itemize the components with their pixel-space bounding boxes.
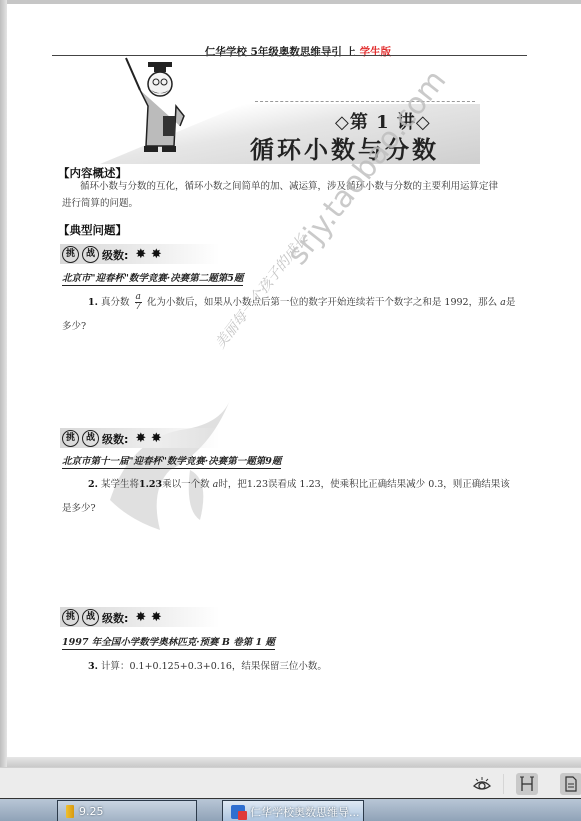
math-expression: 0.1+0.125+0.3+0.16 <box>129 661 231 672</box>
problem-source-3: 1997 年全国小学数学奥林匹克·预赛 B 卷第 1 题 <box>62 634 275 650</box>
problem-2-line1: 2. 某学生将1.23乘以一个数 a时，把1.23误看成 1.23，使乘积比正确… <box>88 474 510 496</box>
level-label: 级数: <box>102 431 128 447</box>
difficulty-level-1: 挑 战 级数: ✸ ✸ <box>62 246 162 263</box>
problem-number: 1. <box>88 297 98 308</box>
star-icon: ✸ ✸ <box>135 610 161 625</box>
problem-source-1: 北京市"迎春杯"数学竞赛·决赛第二题第5题 <box>62 270 243 286</box>
number-1-23: 1.23 <box>139 479 162 490</box>
challenge-badge-icon: 挑 <box>62 430 79 447</box>
challenge-badge-icon: 挑 <box>62 609 79 626</box>
banner-dashed-line <box>255 101 475 102</box>
problem-3-line1: 3. 计算：0.1+0.125+0.3+0.16，结果保留三位小数。 <box>88 656 327 678</box>
single-page-icon[interactable] <box>560 773 581 795</box>
challenge-badge-icon: 挑 <box>62 246 79 263</box>
header-edition: 学生版 <box>360 46 392 58</box>
challenge-badge-icon: 战 <box>82 246 99 263</box>
problem-number: 2. <box>88 479 98 490</box>
level-label: 级数: <box>102 247 128 263</box>
pdf-reader-icon <box>231 805 245 819</box>
document-viewer: 仁华学校 5年级奥数思维导引 上 学生版 ◇第 1 讲◇ 循环小数与分数 【内容… <box>0 0 581 767</box>
taskbar-item-label: 仁华学校奥数思维导... <box>250 804 360 820</box>
problem-text: 乘以一个数 <box>162 479 210 490</box>
difficulty-level-2: 挑 战 级数: ✸ ✸ <box>62 430 162 447</box>
fit-width-icon[interactable] <box>516 773 538 795</box>
number-1-23-repeating: 1.23 <box>247 479 268 490</box>
teacher-illustration <box>118 56 198 166</box>
problem-text: 是 <box>506 297 516 308</box>
problem-text: 时，把 <box>218 479 247 490</box>
difficulty-level-3: 挑 战 级数: ✸ ✸ <box>62 609 162 626</box>
overview-text-line2: 进行简算的问题。 <box>62 195 138 213</box>
problem-text: ，结果保留三位小数。 <box>232 661 327 672</box>
star-icon: ✸ ✸ <box>135 247 161 262</box>
problem-text: 误看成 1.23，使乘积比正确结果减少 0.3，则正确结果该 <box>268 479 510 490</box>
problem-1-line1: 1. 真分数 a7 化为小数后，如果从小数点后第一位的数字开始连续若干个数字之和… <box>88 292 515 314</box>
eye-icon[interactable] <box>471 773 493 795</box>
problem-source-2: 北京市第十一届"迎春杯"数学竞赛·决赛第一题第9题 <box>62 453 281 469</box>
problem-text: 化为小数后，如果从小数点后第一位的数字开始连续若干个数字之和是 1992，那么 <box>147 297 497 308</box>
viewer-left-edge <box>0 0 7 767</box>
problem-text: 某学生将 <box>101 479 139 490</box>
problem-1-line2: 多少? <box>62 316 86 338</box>
viewer-statusbar <box>0 767 581 799</box>
star-icon: ✸ ✸ <box>135 431 161 446</box>
level-label: 级数: <box>102 610 128 626</box>
problem-text: 真分数 <box>101 297 130 308</box>
challenge-badge-icon: 战 <box>82 609 99 626</box>
problem-number: 3. <box>88 661 98 672</box>
problem-2-line2: 是多少? <box>62 498 96 520</box>
taskbar-item-label: 9.25 <box>79 805 104 818</box>
fraction-denominator: 7 <box>135 303 142 312</box>
folder-icon <box>66 805 74 818</box>
challenge-badge-icon: 战 <box>82 430 99 447</box>
fraction: a7 <box>135 293 142 312</box>
problem-text: 计算： <box>101 661 130 672</box>
horizontal-scrollbar[interactable] <box>7 757 581 767</box>
overview-text-line1: 循环小数与分数的互化，循环小数之间简单的加、减运算，涉及循环小数与分数的主要利用… <box>80 178 498 196</box>
problems-heading: 【典型问题】 <box>58 222 127 238</box>
header-title: 仁华学校 5年级奥数思维导引 上 <box>205 46 356 58</box>
taskbar-item-folder[interactable]: 9.25 <box>57 800 197 821</box>
taskbar: 9.25 仁华学校奥数思维导... <box>0 798 581 821</box>
statusbar-divider <box>503 774 504 794</box>
taskbar-item-pdf-reader[interactable]: 仁华学校奥数思维导... <box>222 800 364 821</box>
